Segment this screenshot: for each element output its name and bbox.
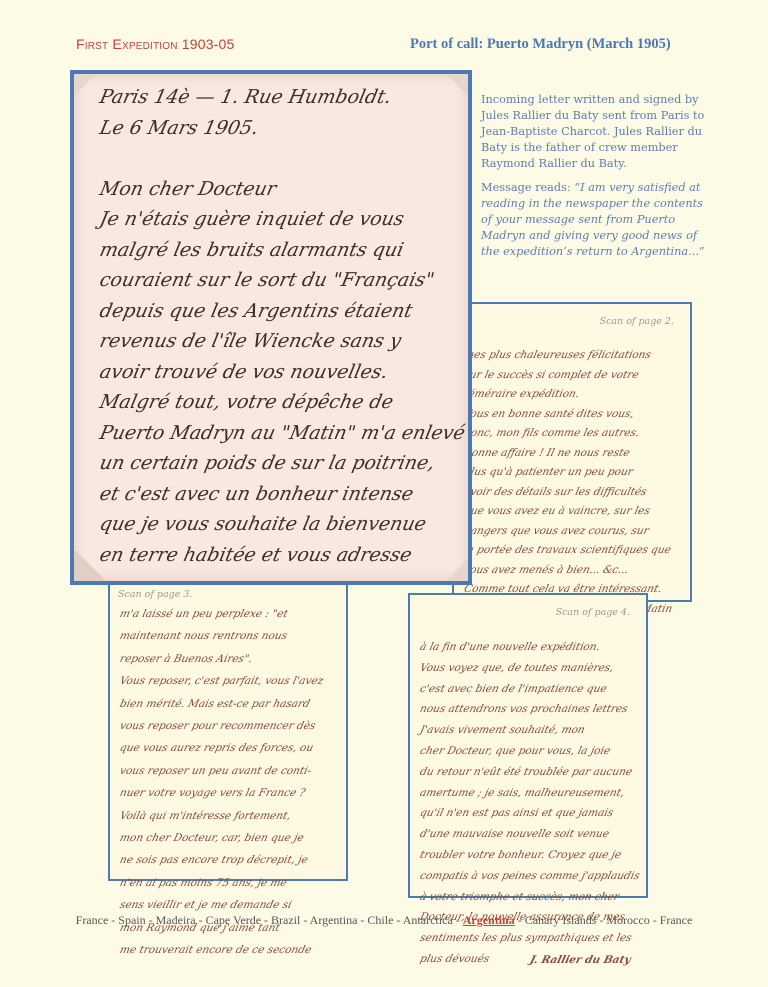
handwritten-line: reposer à Buenos Aires". (117, 648, 326, 670)
handwritten-line: Docteur, la nouvelle assurance de mes (417, 907, 642, 928)
handwritten-line: vous avez menés à bien... &c... (462, 561, 675, 581)
description-intro: Incoming letter written and signed by Ju… (481, 92, 713, 172)
handwritten-line: nous attendrons vos prochaines lettres (417, 699, 642, 720)
handwritten-line: Paris 14è — 1. Rue Humboldt. (97, 82, 468, 113)
photo-corner-icon (74, 74, 96, 96)
scan-label-page-2: Scan of page 2. (600, 316, 674, 327)
handwritten-line: depuis que les Argentins étaient (97, 296, 468, 327)
message-prefix: Message reads: (481, 181, 574, 194)
handwritten-line: Bonne affaire ! Il ne nous reste (462, 444, 675, 464)
handwritten-line: sens vieillir et je me demande si (117, 894, 326, 916)
handwritten-line: Malgré tout, votre dépêche de (97, 387, 468, 418)
handwritten-line: à la fin d'une nouvelle expédition. (417, 637, 642, 658)
handwritten-line: mes plus chaleureuses félicitations (462, 346, 675, 366)
letter-description: Incoming letter written and signed by Ju… (481, 92, 713, 268)
handwritten-line: sur le succès si complet de votre (462, 366, 675, 386)
handwritten-line: que vous avez eu à vaincre, sur les (462, 502, 675, 522)
handwritten-line: compatis à vos peines comme j'applaudis (417, 866, 642, 887)
handwritten-line: Mon cher Docteur (97, 174, 468, 205)
handwritten-line: cher Docteur, que pour vous, la joie (417, 741, 642, 762)
description-message: Message reads: “I am very satisfied at r… (481, 180, 713, 260)
handwritten-line: la portée des travaux scientifiques que (462, 541, 675, 561)
handwritten-line: nuer votre voyage vers la France ? (117, 782, 326, 804)
handwritten-line: Je n'étais guère inquiet de vous (97, 204, 468, 235)
letter-page-2-scan: Scan of page 2. mes plus chaleureuses fé… (452, 302, 692, 602)
handwritten-line: Puerto Madryn au "Matin" m'a enlevé (97, 418, 468, 449)
letter-page-1-scan: Paris 14è — 1. Rue Humboldt. Le 6 Mars 1… (70, 70, 472, 585)
handwritten-line: en terre habitée et vous adresse (97, 540, 468, 571)
handwritten-line: et c'est avec un bonheur intense (97, 479, 468, 510)
handwritten-line: à votre triomphe et succès, mon cher (417, 887, 642, 908)
handwritten-line: plus qu'à patienter un peu pour (462, 463, 675, 483)
handwritten-line: que je vous souhaite la bienvenue (97, 509, 468, 540)
handwritten-line: ne sois pas encore trop décrepit, je (117, 849, 326, 871)
page-4-text: à la fin d'une nouvelle expédition.Vous … (420, 637, 639, 971)
handwritten-line: vous reposer un peu avant de conti- (117, 760, 326, 782)
handwritten-line: Voilà qui m'intéresse fortement, (117, 805, 326, 827)
handwritten-line: amertume ; je sais, malheureusement, (417, 783, 642, 804)
handwritten-line: du retour n'eût été troublée par aucune (417, 762, 642, 783)
handwritten-line: malgré les bruits alarmants qui (97, 235, 468, 266)
handwritten-line: téméraire expédition. (462, 385, 675, 405)
handwritten-line: Vous reposer, c'est parfait, vous l'avez (117, 670, 326, 692)
letter-page-3-scan: Scan of page 3. m'a laissé un peu perple… (108, 583, 348, 881)
handwritten-line: Tous en bonne santé dites vous, (462, 405, 675, 425)
handwritten-line: un certain poids de sur la poitrine, (97, 448, 468, 479)
handwritten-line: Vous voyez que, de toutes manières, (417, 658, 642, 679)
handwritten-line: avoir trouvé de vos nouvelles. (97, 357, 468, 388)
page-2-text: mes plus chaleureuses félicitationssur l… (464, 346, 672, 619)
handwritten-line: dangers que vous avez courus, sur (462, 522, 675, 542)
handwritten-line: troubler votre bonheur. Croyez que je (417, 845, 642, 866)
handwritten-line: vous reposer pour recommencer dès (117, 715, 326, 737)
scan-label-page-4: Scan of page 4. (556, 607, 630, 618)
handwritten-line: Le 6 Mars 1905. (97, 113, 468, 144)
scan-label-page-3: Scan of page 3. (118, 589, 192, 600)
handwritten-line: que vous aurez repris des forces, ou (117, 737, 326, 759)
handwritten-line: sentiments les plus sympathiques et les (417, 928, 642, 949)
handwritten-line: avoir des détails sur les difficultés (462, 483, 675, 503)
handwritten-line: couraient sur le sort du "Français" (97, 265, 468, 296)
signature: J. Rallier du Baty (417, 950, 642, 971)
handwritten-line: bien mérité. Mais est-ce par hasard (117, 693, 326, 715)
handwritten-line: m'a laissé un peu perplexe : "et (117, 603, 326, 625)
handwritten-line (97, 143, 468, 174)
handwritten-line: qu'il n'en est pas ainsi et que jamais (417, 803, 642, 824)
handwritten-line: d'une mauvaise nouvelle soit venue (417, 824, 642, 845)
handwritten-line: revenus de l'île Wiencke sans y (97, 326, 468, 357)
section-title: First Expedition 1903-05 (76, 36, 235, 52)
letter-page-4-scan: Scan of page 4. à la fin d'une nouvelle … (408, 593, 648, 898)
handwritten-line: me trouverait encore de ce seconde (117, 939, 326, 961)
page-3-text: m'a laissé un peu perplexe : "etmaintena… (120, 603, 323, 962)
port-of-call-title: Port of call: Puerto Madryn (March 1905) (410, 36, 671, 53)
handwritten-line: mon cher Docteur, car, bien que je (117, 827, 326, 849)
page-1-text: Paris 14è — 1. Rue Humboldt. Le 6 Mars 1… (100, 82, 465, 570)
handwritten-line: n'en ai pas moins 75 ans, je me (117, 872, 326, 894)
expedition-route: France - Spain - Madeira - Cape Verde - … (0, 913, 768, 928)
handwritten-line: J'avais vivement souhaité, mon (417, 720, 642, 741)
handwritten-line: mon Raymond que j'aime tant (117, 917, 326, 939)
handwritten-line: c'est avec bien de l'impatience que (417, 679, 642, 700)
handwritten-line: donc, mon fils comme les autres. (462, 424, 675, 444)
handwritten-line: maintenant nous rentrons nous (117, 625, 326, 647)
